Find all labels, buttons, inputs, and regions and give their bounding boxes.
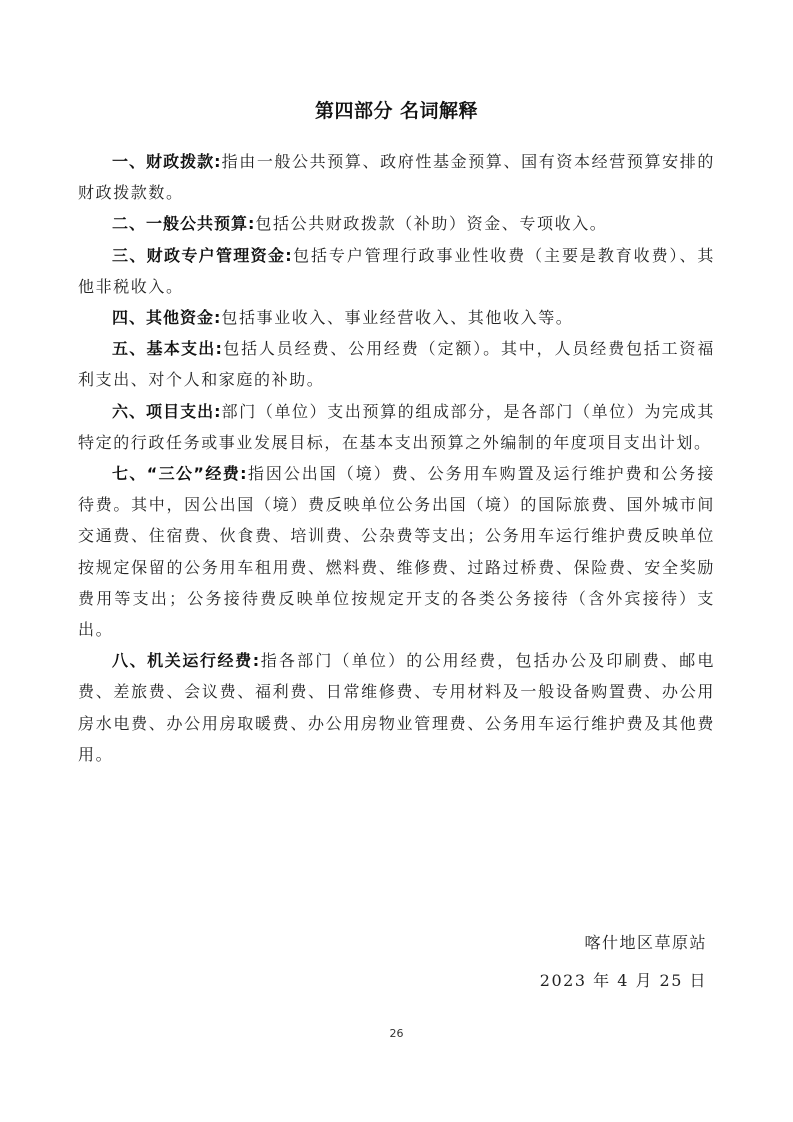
signature-date: 2023 年 4 月 25 日 [540,968,707,991]
definition-item: 七、“三公”经费:指因公出国（境）费、公务用车购置及运行维护费和公务接待费。其中… [78,458,715,645]
definition-term: 七、“三公”经费: [112,464,247,483]
document-page: 第四部分 名词解释 一、财政拨款:指由一般公共预算、政府性基金预算、国有资本经营… [0,0,793,1122]
definition-item: 四、其他资金:包括事业收入、事业经营收入、其他收入等。 [78,302,715,333]
signature-organization: 喀什地区草原站 [584,930,707,953]
definitions-list: 一、财政拨款:指由一般公共预算、政府性基金预算、国有资本经营预算安排的财政拨款数… [78,146,715,770]
page-title: 第四部分 名词解释 [0,96,793,123]
definition-term: 四、其他资金: [112,308,221,327]
definition-item: 一、财政拨款:指由一般公共预算、政府性基金预算、国有资本经营预算安排的财政拨款数… [78,146,715,208]
definition-item: 三、财政专户管理资金:包括专户管理行政事业性收费（主要是教育收费）、其他非税收入… [78,240,715,302]
definition-item: 六、项目支出:部门（单位）支出预算的组成部分，是各部门（单位）为完成其特定的行政… [78,396,715,458]
definition-term: 一、财政拨款: [112,152,222,171]
definition-text: 包括公共财政拨款（补助）资金、专项收入。 [255,214,607,233]
definition-item: 二、一般公共预算:包括公共财政拨款（补助）资金、专项收入。 [78,208,715,239]
definition-item: 五、基本支出:包括人员经费、公用经费（定额）。其中，人员经费包括工资福利支出、对… [78,333,715,395]
definition-term: 二、一般公共预算: [112,214,255,233]
page-number: 26 [0,1027,793,1040]
definition-text: 指因公出国（境）费、公务用车购置及运行维护费和公务接待费。其中，因公出国（境）费… [78,464,715,639]
definition-item: 八、机关运行经费:指各部门（单位）的公用经费，包括办公及印刷费、邮电费、差旅费、… [78,645,715,770]
definition-term: 六、项目支出: [112,402,222,421]
definition-text: 包括事业收入、事业经营收入、其他收入等。 [221,308,573,327]
definition-term: 五、基本支出: [112,339,223,358]
definition-term: 八、机关运行经费: [112,651,260,670]
definition-term: 三、财政专户管理资金: [112,246,293,265]
